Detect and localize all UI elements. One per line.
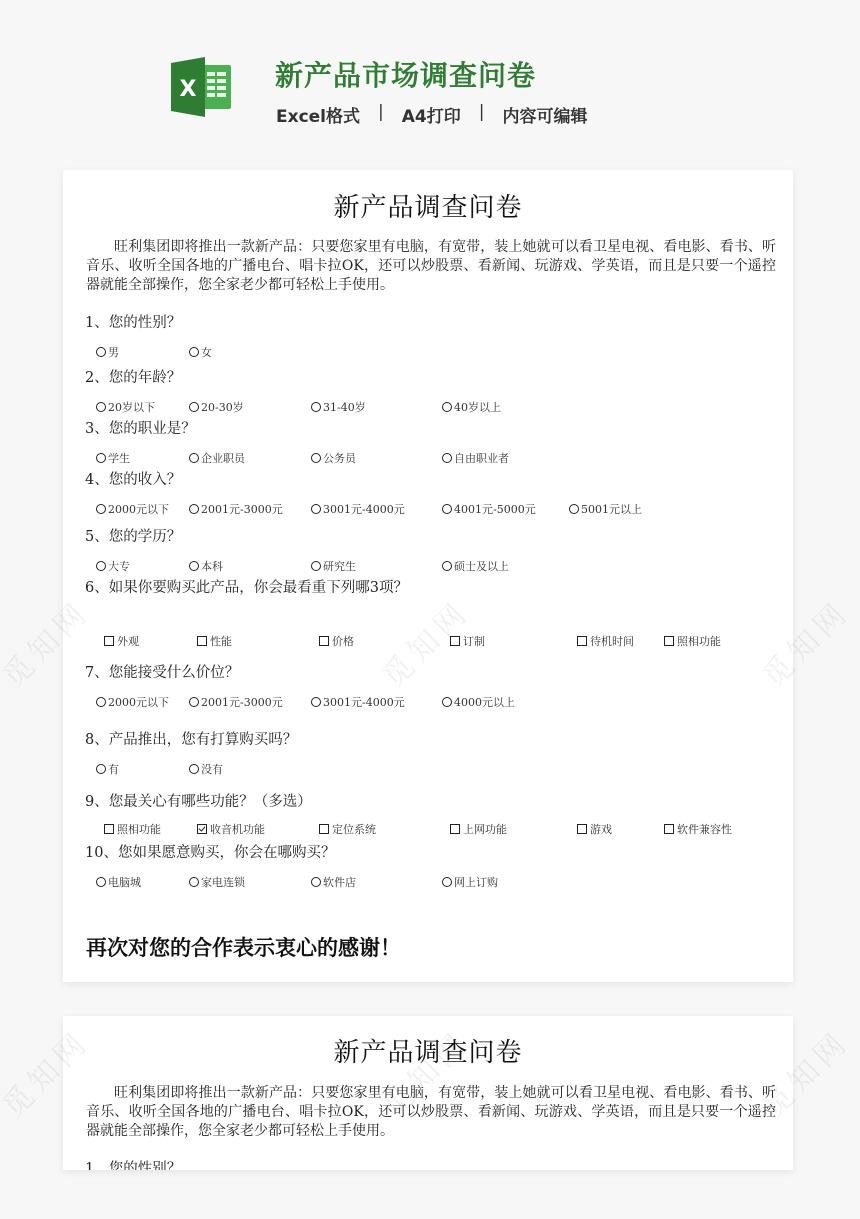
radio-icon[interactable] <box>442 697 452 707</box>
radio-icon[interactable] <box>311 453 321 463</box>
radio-option[interactable]: 企业职员 <box>189 450 245 466</box>
question-4: 4、您的收入？ <box>85 468 181 489</box>
radio-icon[interactable] <box>189 764 199 774</box>
radio-icon[interactable] <box>96 561 106 571</box>
radio-icon[interactable] <box>96 764 106 774</box>
radio-option[interactable]: 本科 <box>189 558 223 574</box>
radio-icon[interactable] <box>96 347 106 357</box>
excel-icon: X <box>171 57 233 117</box>
radio-option[interactable]: 没有 <box>189 761 223 777</box>
checkbox-icon[interactable] <box>319 824 329 834</box>
intro-paragraph: 旺利集团即将推出一款新产品：只要您家里有电脑，有宽带，装上她就可以看卫星电视、看… <box>86 1084 776 1141</box>
checkbox-icon[interactable] <box>104 636 114 646</box>
radio-icon[interactable] <box>311 697 321 707</box>
checkbox-icon[interactable] <box>104 824 114 834</box>
radio-icon[interactable] <box>189 453 199 463</box>
radio-icon[interactable] <box>96 877 106 887</box>
question-2: 2、您的年龄？ <box>85 366 181 387</box>
checkbox-option[interactable]: 价格 <box>319 633 354 649</box>
radio-icon[interactable] <box>189 402 199 412</box>
checkbox-option[interactable]: 上网功能 <box>450 821 507 837</box>
question-10: 10、您如果愿意购买，你会在哪购买？ <box>85 841 335 862</box>
radio-icon[interactable] <box>96 453 106 463</box>
radio-option[interactable]: 家电连锁 <box>189 874 245 890</box>
radio-option[interactable]: 3001元-4000元 <box>311 694 405 710</box>
checkbox-icon[interactable] <box>577 636 587 646</box>
radio-option[interactable]: 2001元-3000元 <box>189 694 283 710</box>
radio-option[interactable]: 20-30岁 <box>189 399 244 415</box>
radio-option[interactable]: 女 <box>189 344 212 360</box>
svg-text:X: X <box>180 77 197 102</box>
question-6: 6、如果你要购买此产品，你会最看重下列哪3项？ <box>85 576 408 597</box>
checkbox-icon[interactable] <box>577 824 587 834</box>
checkbox-option[interactable]: 性能 <box>197 633 232 649</box>
radio-option[interactable]: 31-40岁 <box>311 399 366 415</box>
radio-icon[interactable] <box>311 402 321 412</box>
radio-icon[interactable] <box>189 561 199 571</box>
radio-option[interactable]: 硕士及以上 <box>442 558 509 574</box>
checkbox-option[interactable]: 软件兼容性 <box>664 821 732 837</box>
radio-icon[interactable] <box>189 697 199 707</box>
brand-title: 新产品市场调查问卷 <box>275 54 536 94</box>
question-1: 1、您的性别？ <box>85 1157 181 1170</box>
radio-icon[interactable] <box>311 504 321 514</box>
radio-icon[interactable] <box>569 504 579 514</box>
radio-icon[interactable] <box>189 877 199 887</box>
checkbox-option[interactable]: 订制 <box>450 633 485 649</box>
question-1: 1、您的性别？ <box>85 311 181 332</box>
radio-option[interactable]: 4001元-5000元 <box>442 501 536 517</box>
radio-option[interactable]: 大专 <box>96 558 130 574</box>
checkbox-icon[interactable] <box>197 636 207 646</box>
radio-option[interactable]: 有 <box>96 761 119 777</box>
closing-message: 再次对您的合作表示衷心的感谢！ <box>86 932 401 962</box>
radio-option[interactable]: 2000元以下 <box>96 694 169 710</box>
radio-option[interactable]: 研究生 <box>311 558 356 574</box>
question-7: 7、您能接受什么价位？ <box>85 661 239 682</box>
question-3: 3、您的职业是？ <box>85 417 196 438</box>
separator: | <box>479 102 485 127</box>
radio-icon[interactable] <box>96 504 106 514</box>
radio-option[interactable]: 男 <box>96 344 119 360</box>
radio-option[interactable]: 学生 <box>96 450 130 466</box>
header: X 新产品市场调查问卷 Excel格式 | A4打印 | 内容可编辑 <box>0 0 860 160</box>
brand-subtitle: Excel格式 | A4打印 | 内容可编辑 <box>276 102 587 127</box>
document-page: 新产品调查问卷 旺利集团即将推出一款新产品：只要您家里有电脑，有宽带，装上她就可… <box>63 170 793 982</box>
print-label: A4打印 <box>402 102 461 127</box>
radio-icon[interactable] <box>96 697 106 707</box>
checkbox-icon[interactable] <box>450 824 460 834</box>
question-9: 9、您最关心有哪些功能？（多选） <box>85 790 312 811</box>
editable-label: 内容可编辑 <box>502 102 587 127</box>
radio-option[interactable]: 自由职业者 <box>442 450 509 466</box>
radio-icon[interactable] <box>311 561 321 571</box>
checkbox-icon[interactable] <box>450 636 460 646</box>
radio-option[interactable]: 电脑城 <box>96 874 141 890</box>
checkbox-option[interactable]: 外观 <box>104 633 139 649</box>
radio-option[interactable]: 公务员 <box>311 450 356 466</box>
checkbox-option[interactable]: 照相功能 <box>664 633 721 649</box>
checkbox-checked-icon[interactable] <box>197 824 207 834</box>
checkbox-option[interactable]: 照相功能 <box>104 821 161 837</box>
intro-paragraph: 旺利集团即将推出一款新产品：只要您家里有电脑，有宽带，装上她就可以看卫星电视、看… <box>86 238 776 295</box>
radio-option[interactable]: 网上订购 <box>442 874 498 890</box>
document-page-preview: 新产品调查问卷 旺利集团即将推出一款新产品：只要您家里有电脑，有宽带，装上她就可… <box>63 1016 793 1170</box>
radio-option[interactable]: 20岁以下 <box>96 399 155 415</box>
question-5: 5、您的学历？ <box>85 525 181 546</box>
radio-option[interactable]: 5001元以上 <box>569 501 642 517</box>
radio-icon[interactable] <box>189 347 199 357</box>
radio-icon[interactable] <box>442 453 452 463</box>
radio-icon[interactable] <box>311 877 321 887</box>
document-title: 新产品调查问卷 <box>63 187 793 224</box>
radio-option[interactable]: 4000元以上 <box>442 694 515 710</box>
checkbox-icon[interactable] <box>664 824 674 834</box>
radio-icon[interactable] <box>442 561 452 571</box>
separator: | <box>378 102 384 127</box>
radio-option[interactable]: 2001元-3000元 <box>189 501 283 517</box>
document-title: 新产品调查问卷 <box>63 1032 793 1069</box>
radio-option[interactable]: 40岁以上 <box>442 399 501 415</box>
checkbox-option[interactable]: 待机时间 <box>577 633 634 649</box>
radio-icon[interactable] <box>189 504 199 514</box>
checkbox-option[interactable]: 游戏 <box>577 821 612 837</box>
radio-icon[interactable] <box>442 877 452 887</box>
checkbox-icon[interactable] <box>664 636 674 646</box>
checkbox-option[interactable]: 定位系统 <box>319 821 376 837</box>
radio-icon[interactable] <box>96 402 106 412</box>
radio-icon[interactable] <box>442 402 452 412</box>
radio-icon[interactable] <box>442 504 452 514</box>
format-label: Excel格式 <box>276 102 360 127</box>
radio-option[interactable]: 2000元以下 <box>96 501 169 517</box>
radio-option[interactable]: 软件店 <box>311 874 356 890</box>
radio-option[interactable]: 3001元-4000元 <box>311 501 405 517</box>
question-8: 8、产品推出，您有打算购买吗？ <box>85 728 297 749</box>
checkbox-option-checked[interactable]: 收音机功能 <box>197 821 265 837</box>
checkbox-icon[interactable] <box>319 636 329 646</box>
